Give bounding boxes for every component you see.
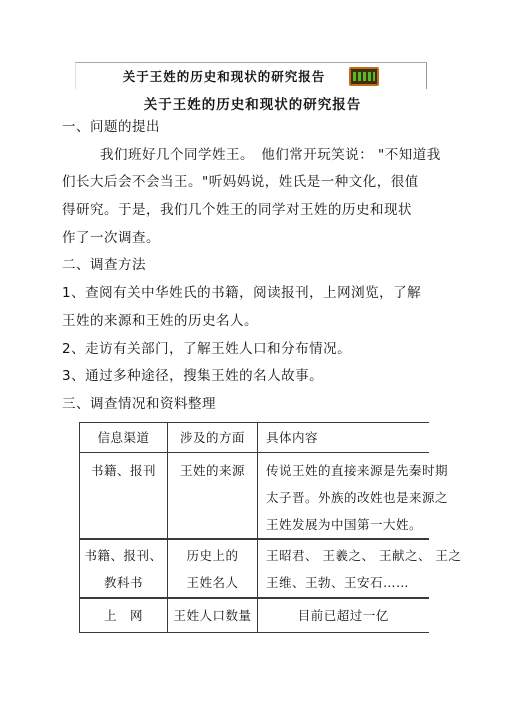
cell-aspect: 王姓人口数量	[168, 598, 258, 633]
cell-line: 王姓人口数量	[168, 602, 257, 629]
paragraph-line: 我们班好几个同学姓王。 他们常开玩笑说： "不知道我	[62, 142, 452, 170]
section-1-heading: 一、问题的提出	[62, 114, 452, 142]
cell-line: 王维、王勃、王安石……	[266, 569, 429, 596]
table-row: 书籍、报刊、 教科书 历史上的 王姓名人 王昭君、 王羲之、 王献之、 王之 王…	[80, 539, 429, 598]
column-header-aspect: 涉及的方面	[168, 423, 258, 453]
section-3-heading: 三、调查情况和资料整理	[62, 391, 452, 419]
cell-line: 传说王姓的直接来源是先秦时期	[266, 457, 429, 484]
cell-channel: 上 网	[80, 598, 168, 633]
column-header-channel: 信息渠道	[80, 423, 168, 453]
cell-channel: 书籍、报刊、 教科书	[80, 539, 168, 598]
cell-channel: 书籍、报刊	[80, 453, 168, 540]
cell-line: 教科书	[80, 569, 167, 596]
paragraph-line: 作了一次调查。	[62, 225, 452, 253]
stamp-icon	[349, 67, 379, 86]
cell-line: 王姓的来源	[168, 457, 257, 484]
cell-content: 传说王姓的直接来源是先秦时期 太子晋。外族的改姓也是来源之 王姓发展为中国第一大…	[258, 453, 429, 540]
column-header-content: 具体内容	[258, 423, 429, 453]
cell-aspect: 历史上的 王姓名人	[168, 539, 258, 598]
document-body: 一、问题的提出 我们班好几个同学姓王。 他们常开玩笑说： "不知道我 们长大后会…	[62, 114, 452, 419]
cell-line: 太子晋。外族的改姓也是来源之	[266, 484, 429, 511]
cell-content: 王昭君、 王羲之、 王献之、 王之 王维、王勃、王安石……	[258, 539, 429, 598]
cell-line: 王姓发展为中国第一大姓。	[266, 511, 429, 538]
cell-line: 历史上的	[168, 542, 257, 569]
paragraph-line: 们长大后会不会当王。"听妈妈说，姓氏是一种文化，很值	[62, 169, 452, 197]
cell-line: 书籍、报刊、	[80, 542, 167, 569]
method-item-1-line: 王姓的来源和王姓的历史名人。	[62, 308, 452, 336]
header-title: 关于王姓的历史和现状的研究报告	[123, 67, 326, 85]
cell-aspect: 王姓的来源	[168, 453, 258, 540]
table-row: 书籍、报刊 王姓的来源 传说王姓的直接来源是先秦时期 太子晋。外族的改姓也是来源…	[80, 453, 429, 540]
cell-line: 上 网	[80, 602, 167, 629]
page-title: 关于王姓的历史和现状的研究报告	[0, 93, 505, 113]
cell-content: 目前已超过一亿	[258, 598, 429, 633]
cell-line: 书籍、报刊	[80, 457, 167, 484]
method-item-3: 3、通过多种途径，搜集王姓的名人故事。	[62, 363, 452, 391]
paragraph-line: 得研究。于是，我们几个姓王的同学对王姓的历史和现状	[62, 197, 452, 225]
section-2-heading: 二、调查方法	[62, 252, 452, 280]
table-header-row: 信息渠道 涉及的方面 具体内容	[80, 423, 429, 453]
cell-line: 王昭君、 王羲之、 王献之、 王之	[266, 542, 429, 569]
method-item-2: 2、走访有关部门，了解王姓人口和分布情况。	[62, 336, 452, 364]
page-header-frame: 关于王姓的历史和现状的研究报告	[75, 62, 427, 89]
cell-line: 目前已超过一亿	[258, 602, 429, 629]
method-item-1-line: 1、查阅有关中华姓氏的书籍，阅读报刊，上网浏览，了解	[62, 280, 452, 308]
cell-line: 王姓名人	[168, 569, 257, 596]
survey-table: 信息渠道 涉及的方面 具体内容 书籍、报刊 王姓的来源 传说王姓的直接来源是先秦…	[79, 422, 429, 633]
table-row: 上 网 王姓人口数量 目前已超过一亿	[80, 598, 429, 633]
